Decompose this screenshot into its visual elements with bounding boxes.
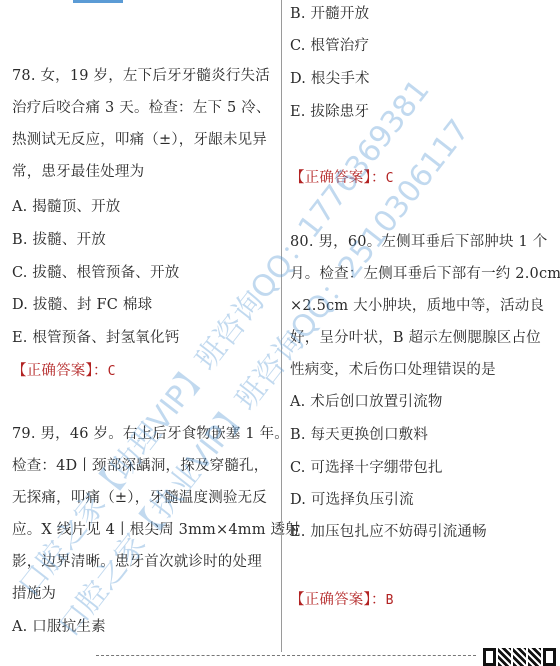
q80-option-d: D. 可选择负压引流 — [290, 490, 414, 510]
q80-stem-line: ×2.5cm 大小肿块，质地中等，活动良 — [290, 296, 544, 316]
q80-option-c: C. 可选择十字绷带包扎 — [290, 458, 443, 478]
q79-stem-line: 检查：4D丨颈部深龋洞，探及穿髓孔， — [12, 456, 268, 476]
q78-stem-line: 热测试无反应，叩痛（±），牙龈未见异 — [12, 130, 267, 150]
answer-value: B — [386, 593, 394, 608]
answer-value: C — [386, 171, 394, 186]
q78-stem-line: 78. 女，19 岁，左下后牙牙髓炎行失活 — [12, 66, 270, 86]
top-accent-bar — [73, 0, 123, 3]
q79-stem-line: 无探痛，叩痛（±），牙髓温度测验无反 — [12, 488, 267, 508]
column-divider — [281, 0, 282, 652]
q79-option-c: C. 根管治疗 — [290, 36, 369, 56]
q78-option-e: E. 根管预备、封氢氧化钙 — [12, 328, 179, 348]
q79-option-b: B. 开髓开放 — [290, 4, 369, 24]
q78-option-c: C. 拔髓、根管预备、开放 — [12, 263, 179, 283]
answer-label: 【正确答案】： — [290, 592, 386, 608]
qr-code-icon — [483, 648, 559, 666]
q78-option-a: A. 揭髓顶、开放 — [12, 197, 121, 217]
q78-answer: 【正确答案】：C — [12, 361, 116, 382]
q79-option-d: D. 根尖手术 — [290, 69, 370, 89]
q78-option-d: D. 拔髓、封 FC 棉球 — [12, 295, 152, 315]
q78-option-b: B. 拔髓、开放 — [12, 230, 106, 250]
q80-answer: 【正确答案】：B — [290, 590, 394, 611]
q80-stem-line: 性病变，术后伤口处理错误的是 — [290, 360, 496, 380]
q79-stem-line: 影，边界清晰。患牙首次就诊时的处理 — [12, 552, 262, 572]
footer-dashed-line — [96, 655, 476, 656]
q79-stem-line: 79. 男，46 岁。右上后牙食物嵌塞 1 年。 — [12, 424, 289, 444]
answer-value: C — [108, 364, 116, 379]
q80-stem-line: 80. 男，60。左侧耳垂后下部肿块 1 个 — [290, 232, 547, 252]
q79-option-e: E. 拔除患牙 — [290, 102, 369, 122]
q78-stem-line: 常，患牙最佳处理为 — [12, 162, 144, 182]
q80-option-a: A. 术后创口放置引流物 — [290, 392, 443, 412]
q80-option-b: B. 每天更换创口敷料 — [290, 425, 428, 445]
answer-label: 【正确答案】： — [12, 363, 108, 379]
q79-stem-line: 措施为 — [12, 584, 56, 604]
q80-stem-line: 月。检查：左侧耳垂后下部有一约 2.0cm — [290, 264, 560, 284]
q79-answer: 【正确答案】：C — [290, 168, 394, 189]
q78-stem-line: 治疗后咬合痛 3 天。检查：左下 5 冷、 — [12, 98, 271, 118]
answer-label: 【正确答案】： — [290, 170, 386, 186]
q79-option-a: A. 口服抗生素 — [12, 617, 106, 637]
q80-option-e: E. 加压包扎应不妨碍引流通畅 — [290, 522, 487, 542]
q80-stem-line: 好，呈分叶状，B 超示左侧腮腺区占位 — [290, 328, 541, 348]
q79-stem-line: 应。X 线片见 4丨根尖周 3mm×4mm 透射 — [12, 520, 300, 540]
